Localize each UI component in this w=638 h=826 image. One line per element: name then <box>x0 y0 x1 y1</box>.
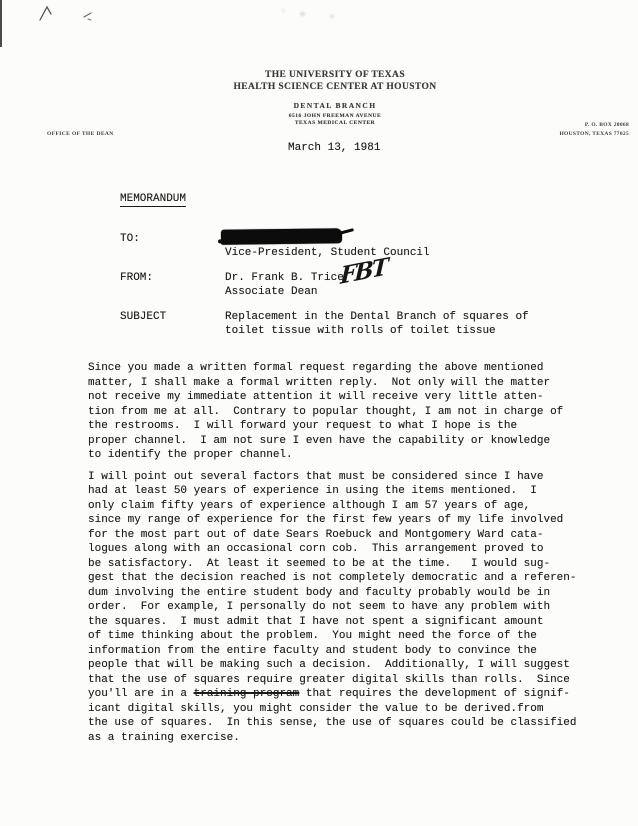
from-name: Dr. Frank B. Trice <box>225 272 344 284</box>
memo-line: not receive my immediate attention it wi… <box>88 390 608 405</box>
memorandum-heading: MEMORANDUM <box>120 193 186 205</box>
memo-line: of time thinking about the problem. You … <box>88 629 608 644</box>
memo-line: information from the entire faculty and … <box>88 644 608 659</box>
office-of-the-dean-label: OFFICE OF THE DEAN <box>47 131 114 137</box>
memo-line: the restrooms. I will forward your reque… <box>88 419 608 434</box>
memo-line: the use of squares. In this sense, the u… <box>88 716 608 731</box>
memo-line: that the use of squares require greater … <box>88 673 608 688</box>
memo-body: Since you made a written formal request … <box>88 361 608 752</box>
memo-line: for the most part out of date Sears Roeb… <box>88 528 608 543</box>
memo-line: to identify the proper channel. <box>88 448 608 463</box>
division-name: DENTAL BRANCH <box>32 101 638 110</box>
memo-line: gest that the decision reached is not co… <box>88 571 608 586</box>
memo-line: proper channel. I am not sure I even hav… <box>88 434 608 449</box>
memo-line: order. For example, I personally do not … <box>88 600 608 615</box>
struck-out-text: training program <box>194 688 300 700</box>
memo-line: matter, I shall make a formal written re… <box>88 376 608 391</box>
to-recipient-title: Vice-President, Student Council <box>225 247 430 259</box>
paragraph: Since you made a written formal request … <box>88 361 608 463</box>
memo-line: tion from me at all. Contrary to popular… <box>88 405 608 420</box>
from-label: FROM: <box>120 272 153 284</box>
memo-line: the squares. I must admit that I have no… <box>88 615 608 630</box>
scan-edge-strip <box>0 0 2 47</box>
memo-line: Since you made a written formal request … <box>88 361 608 376</box>
memo-line: since my range of experience for the fir… <box>88 513 608 528</box>
memo-line: logues along with an occasional corn cob… <box>88 542 608 557</box>
memo-page: THE UNIVERSITY OF TEXAS HEALTH SCIENCE C… <box>0 0 638 826</box>
redaction-bar <box>221 228 342 244</box>
memorandum-heading-text: MEMORANDUM <box>120 193 186 207</box>
po-box-line2: HOUSTON, TEXAS 77025 <box>559 130 629 139</box>
scan-speck <box>330 15 334 18</box>
pen-scribble-mark <box>30 2 110 30</box>
street-address: 6516 JOHN FREEMAN AVENUE <box>32 113 638 119</box>
memo-line-text: that requires the development of signif- <box>299 688 570 700</box>
org-name-line1: THE UNIVERSITY OF TEXAS <box>32 70 638 80</box>
subject-label: SUBJECT <box>120 311 166 323</box>
from-title: Associate Dean <box>225 286 317 298</box>
campus-address: TEXAS MEDICAL CENTER <box>32 120 638 126</box>
subject-line2: toilet tissue with rolls of toilet tissu… <box>225 325 496 337</box>
org-name-line2: HEALTH SCIENCE CENTER AT HOUSTON <box>32 82 638 92</box>
scan-speck <box>282 9 285 12</box>
memo-line: had at least 50 years of experience in u… <box>88 484 608 499</box>
po-box-line1: P. O. BOX 20068 <box>559 121 629 130</box>
memo-line: be satisfactory. At least it seemed to b… <box>88 557 608 572</box>
memo-line: only claim fifty years of experience alt… <box>88 499 608 514</box>
memo-line: I will point out several factors that mu… <box>88 470 608 485</box>
memo-line: dum involving the entire student body an… <box>88 586 608 601</box>
memo-line: people that will be making such a decisi… <box>88 658 608 673</box>
to-label: TO: <box>120 233 140 245</box>
memo-line: you'll are in a training program that re… <box>88 687 608 702</box>
paragraph: I will point out several factors that mu… <box>88 470 608 746</box>
memo-line-text: you'll are in a <box>88 688 194 700</box>
po-box-address: P. O. BOX 20068 HOUSTON, TEXAS 77025 <box>559 121 629 139</box>
scan-speck <box>300 12 305 16</box>
date-line: March 13, 1981 <box>288 142 380 154</box>
subject-line1: Replacement in the Dental Branch of squa… <box>225 311 529 323</box>
memo-line: icant digital skills, you might consider… <box>88 702 608 717</box>
memo-line: as a training exercise. <box>88 731 608 746</box>
